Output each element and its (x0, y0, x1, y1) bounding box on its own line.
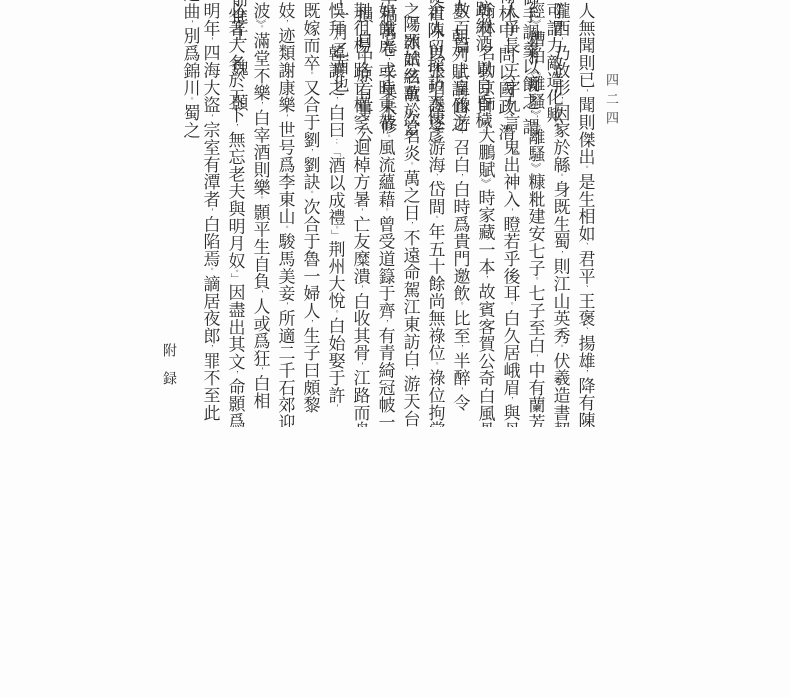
lower-column-15: 必著大名於天下，無忘老夫與明月奴。」因盡出其文，命顥爲集 (227, 2, 244, 427)
lower-column-14: 波》。滿堂不樂，白宰酒則樂。顥平生自負，人或爲狂，白相 (252, 2, 269, 409)
lower-column-10: 荆徂楊，路亡權窆，迴棹方暑，亡友糜潰，白收其骨，江路而舟 (352, 2, 369, 427)
lower-column-3: 經》糟粕《離騷》，《離騷》糠粃建安七子。七子至白，中有蘭芳 (527, 2, 544, 427)
lower-column-5: 翰林，名動京師。《大鵬賦》時家藏一本，故賓客賀公奇白風骨 (477, 2, 494, 427)
lower-column-6: 數百篇。上皇豫游，召白，白時爲貴門邀飲。比至，半醉，令 (452, 2, 469, 412)
lower-column-16: 明年，四海大盜，宗室有潭者，白陷焉。謫居夜郎，罪不至此 (202, 2, 219, 421)
lower-column-8: 之！顥始名萬，次名炎。萬之日，不遠命駕江東訪白，游天台 (402, 2, 419, 427)
lower-column-7: 舍人，以張垍讒逐，游海、岱間。年五十餘尚無祿位。祿位拘常 (427, 2, 444, 427)
lower-page-fragment: 人無聞則已，聞則傑出。是生相如、君平、王褒、揚雄，降有陳 隴西，乃放形，因家於緜… (0, 0, 790, 427)
lower-column-13: 妓，迹類謝康樂，世号爲李東山。駿馬美妾，所適二千石郊迎 (277, 2, 294, 427)
lower-column-9: 如餓虎，或時束帶，風流蘊藉。曾受道籙于齊，有青綺冠帔一副 (377, 2, 394, 427)
book-page-scan: 四二四 可謂力敵造化歟！ 御手調羹以飯之，謂 翰林中，問以國政，潛 跡縱酒，以自… (0, 0, 790, 697)
lower-column-11: 悞拜，韓讓之，白曰：「酒以成禮。」荆州大悅。白始娶于許， (327, 2, 344, 411)
lower-column-4: 人爭長，三字九言，鬼出神入，瞪若乎後耳。白久居峨眉，與丹 (502, 2, 519, 427)
lower-column-12: 既嫁而卒。又合于劉，劉訣。次合于魯一婦人，生子曰頗黎 (302, 2, 319, 414)
lower-column-1: 人無聞則已，聞則傑出。是生相如、君平、王褒、揚雄，降有陳 (577, 2, 594, 427)
lower-column-2: 隴西，乃放形，因家於緜。身既生蜀，則江山英秀。伏羲造書契 (552, 2, 569, 427)
